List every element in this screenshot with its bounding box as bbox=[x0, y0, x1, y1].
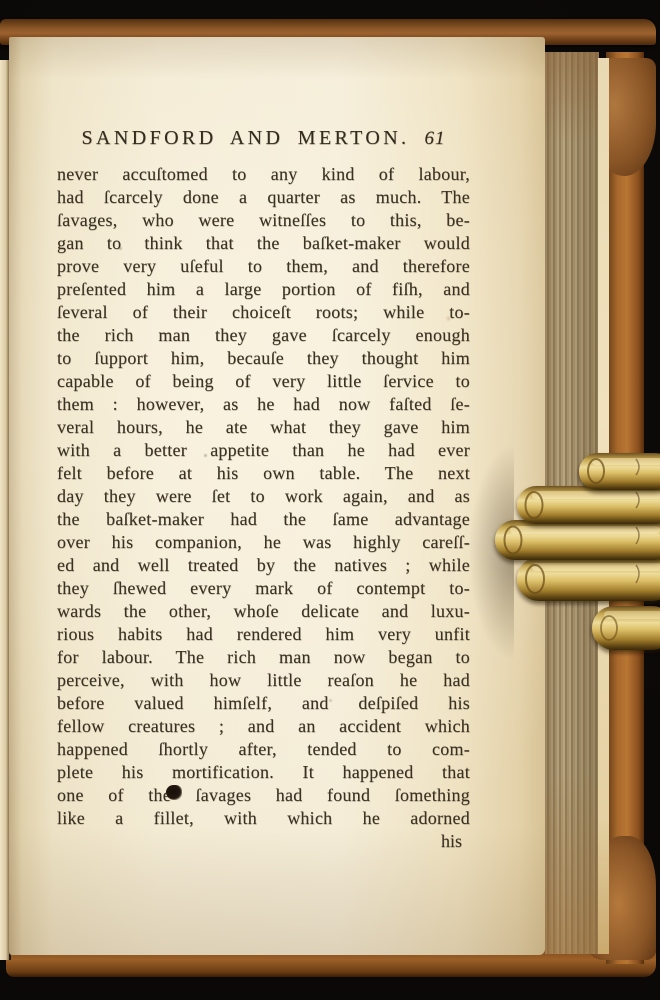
text-line: before valued himſelf, and deſpiſed his bbox=[57, 692, 470, 715]
text-line: felt before at his own table. The next bbox=[57, 462, 470, 485]
text-line: they ſhewed every mark of contempt to- bbox=[57, 577, 470, 600]
text-line: to ſupport him, becauſe they thought him bbox=[57, 347, 470, 370]
text-line: one of the ſavages had found ſomething bbox=[57, 784, 470, 807]
text-line: with a better appetite than he had ever bbox=[57, 439, 470, 462]
text-line: preſented him a large portion of fiſh, a… bbox=[57, 278, 470, 301]
text-line: rious habits had rendered him very unfit bbox=[57, 623, 470, 646]
text-line: never accuſtomed to any kind of labour, bbox=[57, 163, 470, 186]
paper-speckles bbox=[0, 0, 1, 1]
text-line: ed and well treated by the natives ; whi… bbox=[57, 554, 470, 577]
text-line: the baſket-maker had the ſame advantage bbox=[57, 508, 470, 531]
running-title: SANDFORD AND MERTON. bbox=[82, 127, 410, 150]
text-line: over his companion, he was highly careſſ… bbox=[57, 531, 470, 554]
text-line: happened ſhortly after, tended to com- bbox=[57, 738, 470, 761]
text-line: perceive, with how little reaſon he had bbox=[57, 669, 470, 692]
text-line: plete his mortification. It happened tha… bbox=[57, 761, 470, 784]
text-line: had ſcarcely done a quarter as much. The bbox=[57, 186, 470, 209]
text-line: wards the other, whoſe delicate and luxu… bbox=[57, 600, 470, 623]
text-line: like a fillet, with which he adorned bbox=[57, 807, 470, 830]
text-line: fellow creatures ; and an accident which bbox=[57, 715, 470, 738]
page-text: never accuſtomed to any kind of labour, … bbox=[57, 163, 470, 853]
catchword: his bbox=[57, 830, 470, 853]
text-line: day they were ſet to work again, and as bbox=[57, 485, 470, 508]
brass-hand-page-holder-icon bbox=[486, 436, 660, 664]
text-line: the rich man they gave ſcarcely enough bbox=[57, 324, 470, 347]
text-line: ſavages, who were witneſſes to this, be- bbox=[57, 209, 470, 232]
page-number: 61 bbox=[424, 128, 445, 150]
text-line: prove very uſeful to them, and therefore bbox=[57, 255, 470, 278]
text-line: for labour. The rich man now began to bbox=[57, 646, 470, 669]
ink-blot bbox=[166, 785, 182, 800]
text-line: them : however, as he had now faſted ſe- bbox=[57, 393, 470, 416]
text-line: ſeveral of their choiceſt roots; while t… bbox=[57, 301, 470, 324]
text-line: capable of being of very little ſervice … bbox=[57, 370, 470, 393]
text-line: gan to think that the baſket-maker would bbox=[57, 232, 470, 255]
book-photograph: SANDFORD AND MERTON. 61 never accuſtomed… bbox=[0, 0, 660, 1000]
page-header: SANDFORD AND MERTON. 61 bbox=[57, 127, 470, 155]
text-line: veral hours, he ate what they gave him bbox=[57, 416, 470, 439]
